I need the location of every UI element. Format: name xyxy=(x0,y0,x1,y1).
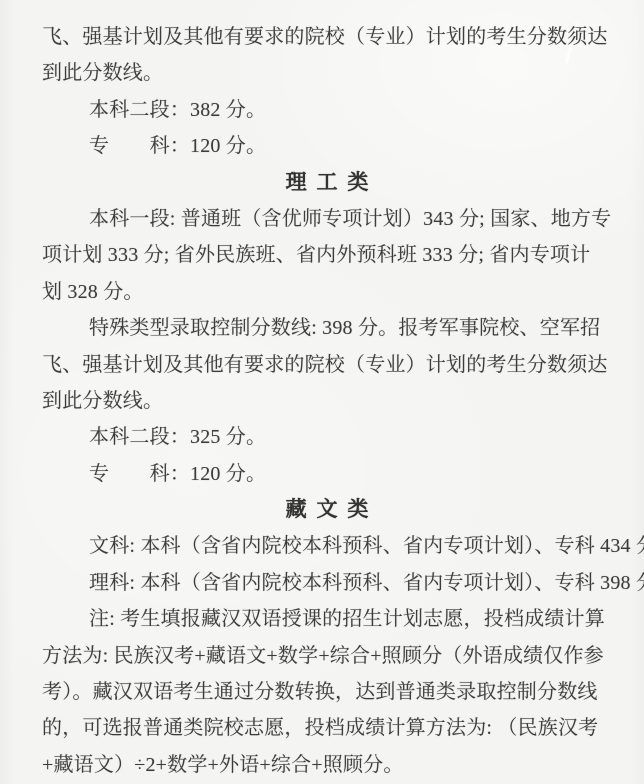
text-line: 划 328 分。 xyxy=(42,274,614,310)
text-line: 项计划 333 分; 省外民族班、省内外预科班 333 分; 省内专项计 xyxy=(42,237,614,273)
text-line: 专 科：120 分。 xyxy=(42,456,614,492)
text-line: 的，可选报普通类院校志愿，投档成绩计算方法为: （民族汉考 xyxy=(42,710,614,746)
text-line: 本科二段：325 分。 xyxy=(42,419,614,455)
text-line: 飞、强基计划及其他有要求的院校（专业）计划的考生分数须达 xyxy=(42,347,614,383)
document-body: 飞、强基计划及其他有要求的院校（专业）计划的考生分数须达到此分数线。本科二段：3… xyxy=(0,0,644,783)
scanned-document-page: 飞、强基计划及其他有要求的院校（专业）计划的考生分数须达到此分数线。本科二段：3… xyxy=(0,0,644,784)
text-line: 专 科：120 分。 xyxy=(42,128,614,164)
section-heading: 理 工 类 xyxy=(42,165,614,201)
text-line: 到此分数线。 xyxy=(42,55,614,91)
text-line: 本科一段: 普通班（含优师专项计划）343 分; 国家、地方专 xyxy=(42,201,614,237)
text-line: 注: 考生填报藏汉双语授课的招生计划志愿，投档成绩计算 xyxy=(42,601,614,637)
text-line: 理科: 本科（含省内院校本科预科、省内专项计划）、专科 398 分。 xyxy=(42,565,614,601)
text-line: +藏语文）÷2+数学+外语+综合+照顾分。 xyxy=(42,747,614,783)
text-line: 考）。藏汉双语考生通过分数转换，达到普通类录取控制分数线 xyxy=(42,674,614,710)
text-line: 到此分数线。 xyxy=(42,383,614,419)
text-line: 飞、强基计划及其他有要求的院校（专业）计划的考生分数须达 xyxy=(42,19,614,55)
text-line: 本科二段：382 分。 xyxy=(42,92,614,128)
section-heading: 藏 文 类 xyxy=(42,492,614,528)
text-line: 方法为: 民族汉考+藏语文+数学+综合+照顾分（外语成绩仅作参 xyxy=(42,638,614,674)
text-line: 文科: 本科（含省内院校本科预科、省内专项计划）、专科 434 分。 xyxy=(42,528,614,564)
text-line: 特殊类型录取控制分数线: 398 分。报考军事院校、空军招 xyxy=(42,310,614,346)
